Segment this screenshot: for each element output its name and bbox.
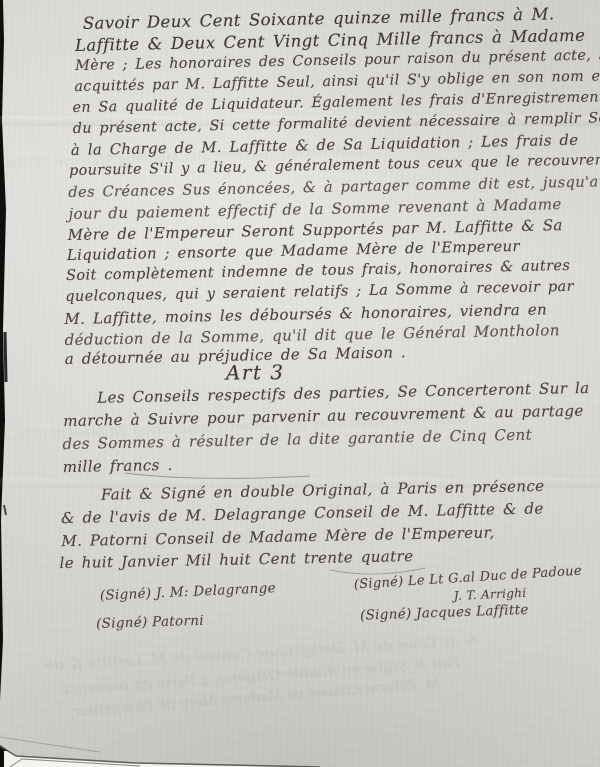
signature-delagrange: (Signé) J. M: Delagrange — [100, 580, 277, 604]
signature-patorni: (Signé) Patorni — [96, 613, 204, 632]
scanned-document-page: & de l'avis de M. Delagrange Conseil de … — [0, 0, 600, 767]
manuscript-text-block: Savoir Deux Cent Soixante quinze mille f… — [0, 0, 600, 767]
manuscript-line: M. Patorni Conseil de Madame Mère de l'E… — [61, 523, 495, 550]
signature-arrighi: J. T. Arrighi — [454, 586, 527, 603]
signature-jacques-laffitte: (Signé) Jacques Laffitte — [360, 602, 529, 624]
manuscript-line: des Sommes à résulter de la dite garanti… — [62, 426, 532, 453]
manuscript-line: le huit Janvier Mil huit Cent trente qua… — [59, 547, 413, 572]
manuscript-line: mille francs . — [63, 456, 173, 476]
article-heading: Art 3 — [226, 360, 285, 385]
